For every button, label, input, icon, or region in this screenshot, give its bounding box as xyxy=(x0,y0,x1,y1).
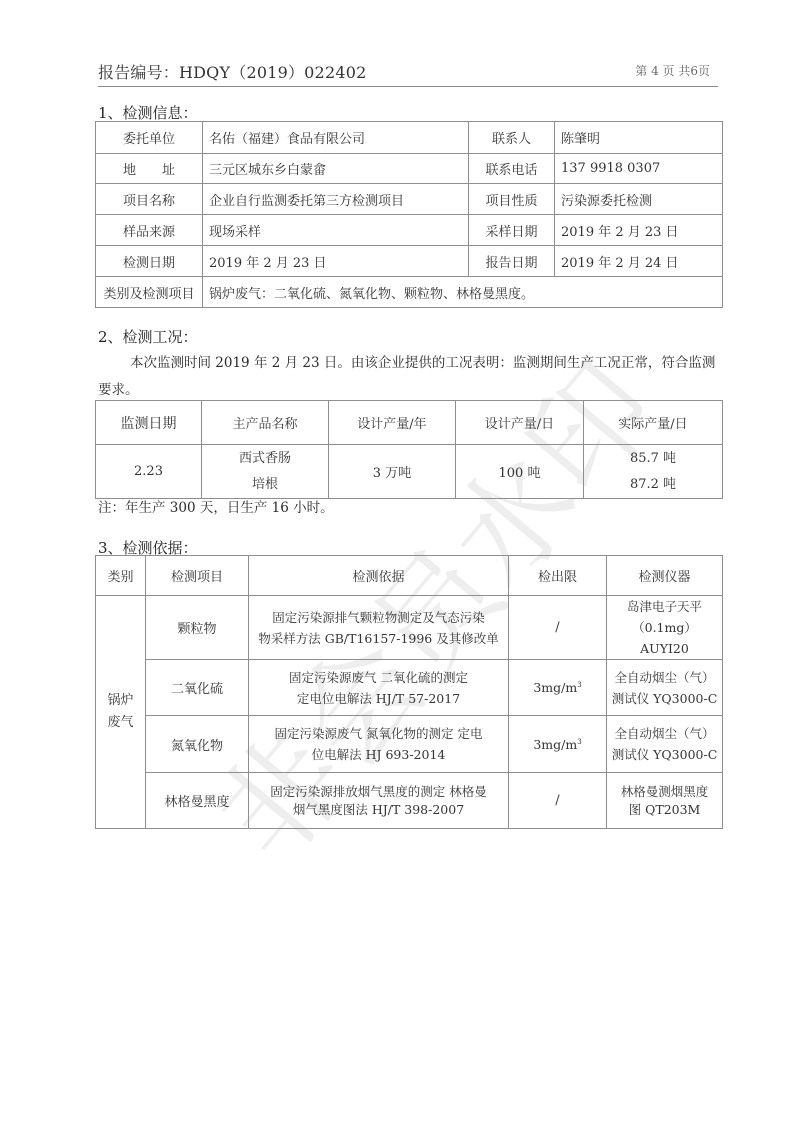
label-address: 地 址 xyxy=(96,154,203,184)
cell-actual-day: 85.7 吨 87.2 吨 xyxy=(584,445,723,499)
cell-instrument: 林格曼测烟黑度 图 QT203M xyxy=(607,773,723,829)
instrument-line1: 岛津电子天平 xyxy=(609,596,720,617)
paragraph-line1: 本次监测时间 2019 年 2 月 23 日。由该企业提供的工况表明：监测期间生… xyxy=(130,350,730,377)
info-row: 检测日期 2019 年 2 月 23 日 报告日期 2019 年 2 月 24 … xyxy=(96,246,723,277)
cell-basis: 固定污染源排放烟气黑度的测定 林格曼 烟气黑度图法 HJ/T 398-2007 xyxy=(249,773,509,829)
header-actual-day: 实际产量/日 xyxy=(584,401,723,445)
value-sampling-date: 2019 年 2 月 23 日 xyxy=(555,215,723,246)
section1-title: 1、检测信息： xyxy=(98,102,198,123)
actual-2: 87.2 吨 xyxy=(590,472,716,498)
production-table: 监测日期 主产品名称 设计产量/年 设计产量/日 实际产量/日 2.23 西式香… xyxy=(95,400,723,499)
value-phone: 137 9918 0307 xyxy=(555,154,723,184)
info-row: 样品来源 现场采样 采样日期 2019 年 2 月 23 日 xyxy=(96,215,723,246)
label-project-name: 项目名称 xyxy=(96,184,203,215)
basis-row: 林格曼黑度 固定污染源排放烟气黑度的测定 林格曼 烟气黑度图法 HJ/T 398… xyxy=(96,773,723,829)
cell-item: 氮氧化物 xyxy=(146,716,249,773)
product-1: 西式香肠 xyxy=(208,446,322,472)
value-project-nature: 污染源委托检测 xyxy=(555,184,723,215)
cell-item: 颗粒物 xyxy=(146,596,249,660)
instrument-line1: 全自动烟尘（气） xyxy=(609,667,720,688)
label-test-date: 检测日期 xyxy=(96,246,203,277)
cell-basis: 固定污染源废气 二氧化硫的测定 定电位电解法 HJ/T 57-2017 xyxy=(249,660,509,716)
production-header-row: 监测日期 主产品名称 设计产量/年 设计产量/日 实际产量/日 xyxy=(96,401,723,445)
info-table: 委托单位 名佑（福建）食品有限公司 联系人 陈肇明 地 址 三元区城东乡白蒙畲 … xyxy=(95,121,723,308)
basis-header-row: 类别 检测项目 检测依据 检出限 检测仪器 xyxy=(96,556,723,596)
value-project-name: 企业自行监测委托第三方检测项目 xyxy=(203,184,469,215)
cell-products: 西式香肠 培根 xyxy=(202,445,329,499)
cell-category: 锅炉 废气 xyxy=(96,596,146,829)
label-sample-source: 样品来源 xyxy=(96,215,203,246)
header-basis: 检测依据 xyxy=(249,556,509,596)
info-row: 委托单位 名佑（福建）食品有限公司 联系人 陈肇明 xyxy=(96,122,723,154)
instrument-line2: 测试仪 YQ3000-C xyxy=(609,744,720,765)
cell-item: 二氧化硫 xyxy=(146,660,249,716)
cell-instrument: 全自动烟尘（气） 测试仪 YQ3000-C xyxy=(607,660,723,716)
header-date: 监测日期 xyxy=(96,401,202,445)
section2-title: 2、检测工况： xyxy=(98,326,198,347)
limit-value: / xyxy=(555,620,559,635)
instrument-line2: 图 QT203M xyxy=(609,801,720,819)
basis-line2: 定电位电解法 HJ/T 57-2017 xyxy=(255,688,502,709)
value-address: 三元区城东乡白蒙畲 xyxy=(203,154,469,184)
instrument-line2: （0.1mg）AUYI20 xyxy=(609,617,720,659)
cell-limit: / xyxy=(509,596,607,660)
header-limit: 检出限 xyxy=(509,556,607,596)
cell-limit: 3mg/m3 xyxy=(509,660,607,716)
cell-basis: 固定污染源排气颗粒物测定及气态污染 物采样方法 GB/T16157-1996 及… xyxy=(249,596,509,660)
label-client: 委托单位 xyxy=(96,122,203,154)
page-indicator: 第 4 页 共6页 xyxy=(635,62,710,79)
label-project-nature: 项目性质 xyxy=(469,184,555,215)
basis-line1: 固定污染源废气 二氧化硫的测定 xyxy=(255,667,502,688)
header-product: 主产品名称 xyxy=(202,401,329,445)
info-row: 地 址 三元区城东乡白蒙畲 联系电话 137 9918 0307 xyxy=(96,154,723,184)
basis-line1: 固定污染源排放烟气黑度的测定 林格曼 xyxy=(255,783,502,801)
basis-line1: 固定污染源排气颗粒物测定及气态污染 xyxy=(255,607,502,628)
cell-design-year: 3 万吨 xyxy=(329,445,456,499)
page-header: 报告编号：HDQY（2019）022402 第 4 页 共6页 xyxy=(98,58,718,87)
category-line2: 废气 xyxy=(102,712,139,734)
basis-table: 类别 检测项目 检测依据 检出限 检测仪器 锅炉 废气 颗粒物 固定污染源排气颗… xyxy=(95,555,723,829)
cell-design-day: 100 吨 xyxy=(456,445,584,499)
limit-value: / xyxy=(555,793,559,808)
category-line1: 锅炉 xyxy=(102,690,139,712)
instrument-line1: 全自动烟尘（气） xyxy=(609,723,720,744)
cell-item: 林格曼黑度 xyxy=(146,773,249,829)
actual-1: 85.7 吨 xyxy=(590,446,716,472)
basis-row: 二氧化硫 固定污染源废气 二氧化硫的测定 定电位电解法 HJ/T 57-2017… xyxy=(96,660,723,716)
label-sampling-date: 采样日期 xyxy=(469,215,555,246)
header-instrument: 检测仪器 xyxy=(607,556,723,596)
value-contact: 陈肇明 xyxy=(555,122,723,154)
production-row: 2.23 西式香肠 培根 3 万吨 100 吨 85.7 吨 87.2 吨 xyxy=(96,445,723,499)
cell-instrument: 全自动烟尘（气） 测试仪 YQ3000-C xyxy=(607,716,723,773)
value-report-date: 2019 年 2 月 24 日 xyxy=(555,246,723,277)
production-note: 注：年生产 300 天，日生产 16 小时。 xyxy=(98,495,334,522)
header-item: 检测项目 xyxy=(146,556,249,596)
value-test-date: 2019 年 2 月 23 日 xyxy=(203,246,469,277)
basis-line1: 固定污染源废气 氮氧化物的测定 定电 xyxy=(255,723,502,744)
product-2: 培根 xyxy=(208,472,322,498)
basis-row: 锅炉 废气 颗粒物 固定污染源排气颗粒物测定及气态污染 物采样方法 GB/T16… xyxy=(96,596,723,660)
header-category: 类别 xyxy=(96,556,146,596)
cell-date: 2.23 xyxy=(96,445,202,499)
header-design-day: 设计产量/日 xyxy=(456,401,584,445)
cell-limit: 3mg/m3 xyxy=(509,716,607,773)
label-category: 类别及检测项目 xyxy=(96,277,203,308)
basis-line2: 物采样方法 GB/T16157-1996 及其修改单 xyxy=(255,628,502,649)
instrument-line1: 林格曼测烟黑度 xyxy=(609,783,720,801)
info-row: 项目名称 企业自行监测委托第三方检测项目 项目性质 污染源委托检测 xyxy=(96,184,723,215)
label-contact: 联系人 xyxy=(469,122,555,154)
value-sample-source: 现场采样 xyxy=(203,215,469,246)
cell-instrument: 岛津电子天平 （0.1mg）AUYI20 xyxy=(607,596,723,660)
limit-value: 3mg/m xyxy=(533,680,577,695)
basis-row: 氮氧化物 固定污染源废气 氮氧化物的测定 定电 位电解法 HJ 693-2014… xyxy=(96,716,723,773)
cell-basis: 固定污染源废气 氮氧化物的测定 定电 位电解法 HJ 693-2014 xyxy=(249,716,509,773)
limit-superscript: 3 xyxy=(577,681,581,689)
report-number: 报告编号：HDQY（2019）022402 xyxy=(98,60,366,83)
label-phone: 联系电话 xyxy=(469,154,555,184)
value-category: 锅炉废气：二氧化硫、氮氧化物、颗粒物、林格曼黑度。 xyxy=(203,277,723,308)
limit-superscript: 3 xyxy=(577,737,581,745)
header-design-year: 设计产量/年 xyxy=(329,401,456,445)
info-row: 类别及检测项目 锅炉废气：二氧化硫、氮氧化物、颗粒物、林格曼黑度。 xyxy=(96,277,723,308)
basis-line2: 位电解法 HJ 693-2014 xyxy=(255,744,502,765)
instrument-line2: 测试仪 YQ3000-C xyxy=(609,688,720,709)
basis-line2: 烟气黑度图法 HJ/T 398-2007 xyxy=(255,801,502,819)
limit-value: 3mg/m xyxy=(533,737,577,752)
value-client: 名佑（福建）食品有限公司 xyxy=(203,122,469,154)
label-report-date: 报告日期 xyxy=(469,246,555,277)
cell-limit: / xyxy=(509,773,607,829)
